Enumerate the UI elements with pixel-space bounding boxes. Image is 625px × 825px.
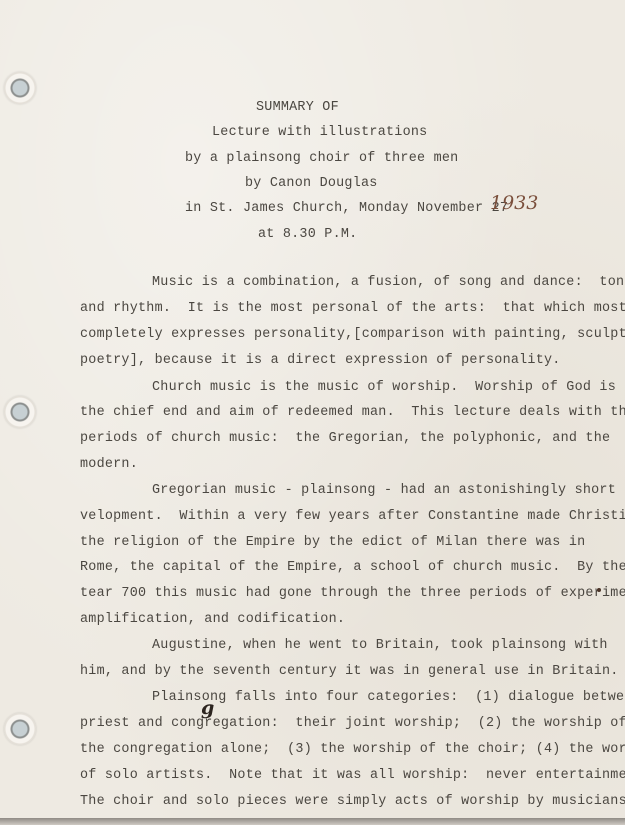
body-line: the religion of the Empire by the edict …: [80, 535, 585, 550]
body-line: The choir and solo pieces were simply ac…: [80, 794, 625, 809]
body-line: periods of church music: the Gregorian, …: [80, 431, 610, 446]
punch-hole-middle: [4, 396, 36, 428]
body-line: and rhythm. It is the most personal of t…: [80, 301, 625, 316]
body-line: poetry], because it is a direct expressi…: [80, 353, 561, 368]
heading-choir: by a plainsong choir of three men: [185, 151, 458, 166]
body-line: Rome, the capital of the Empire, a schoo…: [80, 560, 625, 575]
body-line: the congregation alone; (3) the worship …: [80, 742, 625, 757]
body-line: completely expresses personality,[compar…: [80, 327, 625, 342]
heading-lecture: Lecture with illustrations: [212, 125, 427, 140]
typewritten-page: SUMMARY OF Lecture with illustrations by…: [0, 0, 625, 820]
heading-summary: SUMMARY OF: [256, 100, 339, 115]
body-line: tear 700 this music had gone through the…: [80, 586, 625, 601]
body-line: Gregorian music - plainsong - had an ast…: [152, 483, 625, 498]
heading-author: by Canon Douglas: [245, 176, 378, 191]
handwritten-correction: g: [201, 697, 214, 719]
handwritten-year: 1933: [490, 192, 538, 214]
body-line: the chief end and aim of redeemed man. T…: [80, 405, 625, 420]
body-line: of solo artists. Note that it was all wo…: [80, 768, 625, 783]
heading-time: at 8.30 P.M.: [258, 227, 357, 242]
body-line: amplification, and codification.: [80, 612, 345, 627]
body-line: priest and congregation: their joint wor…: [80, 716, 625, 731]
punch-hole-top: [4, 72, 36, 104]
body-line: Augustine, when he went to Britain, took…: [152, 638, 608, 653]
body-line: modern.: [80, 457, 138, 472]
heading-location-date: in St. James Church, Monday November 27: [185, 201, 508, 216]
body-line: Church music is the music of worship. Wo…: [152, 380, 616, 395]
body-line: him, and by the seventh century it was i…: [80, 664, 619, 679]
ink-spot: [597, 588, 601, 592]
page-bottom-edge: [0, 818, 625, 825]
body-line: Music is a combination, a fusion, of son…: [152, 275, 625, 290]
punch-hole-bottom: [4, 713, 36, 745]
body-line: Plainsong falls into four categories: (1…: [152, 690, 625, 705]
body-line: velopment. Within a very few years after…: [80, 509, 625, 524]
